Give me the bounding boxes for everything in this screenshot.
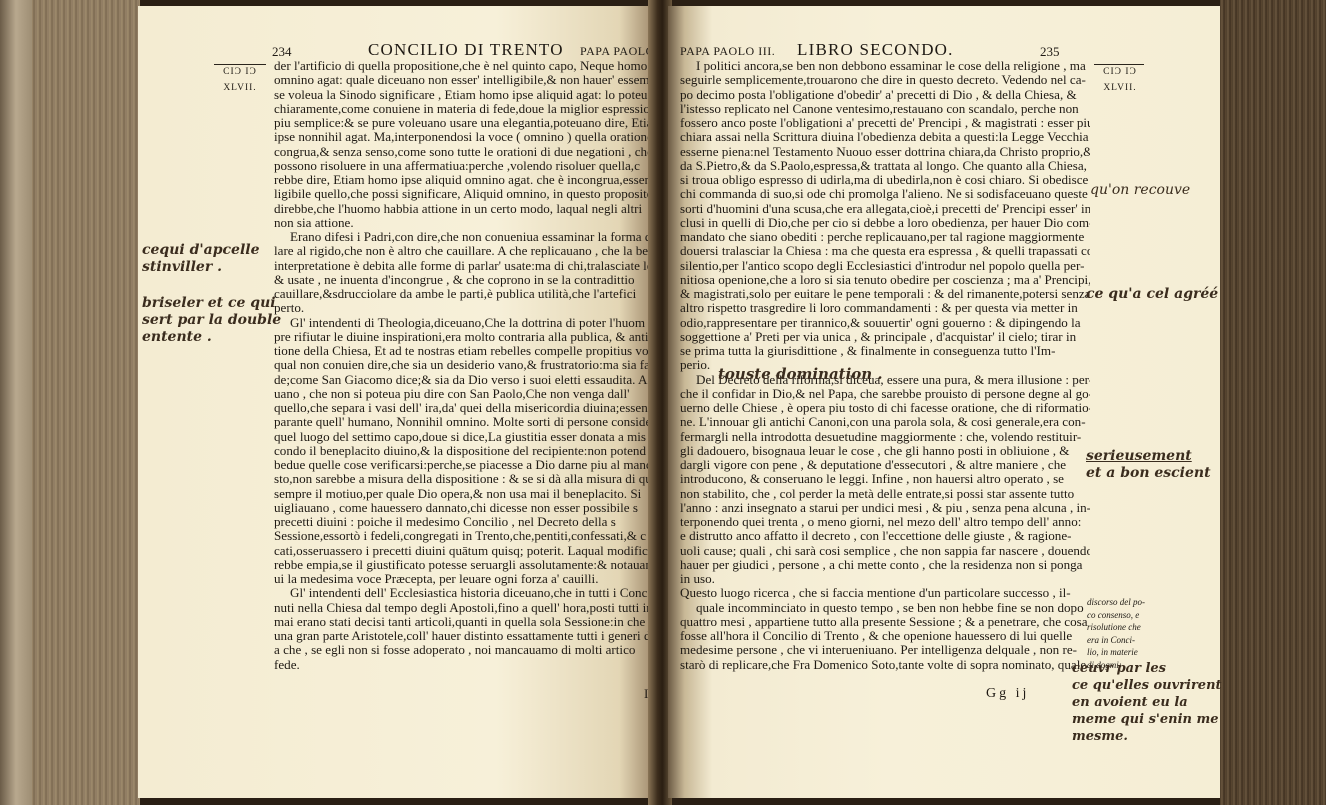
- text-line: e distrutto anco affatto il decreto , co…: [680, 529, 1090, 543]
- text-line: chi commanda di suo,si ode chi promolga …: [680, 187, 1090, 201]
- text-line: cauillare,&sdrucciolare da ambe le parti…: [274, 287, 648, 301]
- text-line: possono risoluere in una affermatiua:per…: [274, 159, 648, 173]
- text-line: Sessione,essortò i fedeli,congregati in …: [274, 529, 648, 543]
- right-page-block-edge: [1220, 0, 1326, 805]
- text-line: terponendo quei trenta , o meno giorni, …: [680, 515, 1090, 529]
- year-note-right: CIƆ IƆ XLVII.: [1094, 64, 1146, 96]
- text-line: parante quell' humano, Nonnihil omnino. …: [274, 415, 648, 429]
- text-line: lare al rigido,che non è altro che cauil…: [274, 244, 648, 258]
- text-line: tione della Chiesa, Et ad te nostras eti…: [274, 344, 648, 358]
- page-number-right: 235: [1040, 44, 1060, 60]
- text-line: nitiosa openione,che a loro si sia tenut…: [680, 273, 1090, 287]
- text-line: l'anno : anzi insegnato a starui per und…: [680, 501, 1090, 515]
- handwritten-note-1: cequi d'apcelle stinviller .: [142, 242, 260, 276]
- text-line: congrua,& senza senso,come sono tutte le…: [274, 145, 648, 159]
- text-line: ui la medesima voce Præcepta, per leuare…: [274, 572, 648, 586]
- text-line: sempre il motiuo,per quale Dio opera,& n…: [274, 487, 648, 501]
- text-line: uano , che non si poteua piu dire con Sa…: [274, 387, 648, 401]
- text-line: uigliauano , come hauessero dannato,chi …: [274, 501, 648, 515]
- text-line: da S.Pietro,& da S.Paolo,espressa,& trat…: [680, 159, 1090, 173]
- text-line: quello,che separa i vasi dell' ira,da' q…: [274, 401, 648, 415]
- text-line: chiara assai nella Scrittura diuina l'ob…: [680, 130, 1090, 144]
- text-line: pre rifiutar le diuine inspirationi,era …: [274, 330, 648, 344]
- text-line: a che , se egli non si fosse adoperato ,…: [274, 643, 648, 657]
- text-line: & usate , ne inuenta d'incongrue , & che…: [274, 273, 648, 287]
- left-page-body-text: der l'artificio di quella propositione,c…: [274, 59, 648, 672]
- text-line: ne. L'innouar gli antichi Canoni,con una…: [680, 415, 1090, 429]
- year-note-left: CIƆ IƆ XLVII.: [214, 64, 266, 96]
- text-line: silentio,per l'antico scopo degli Eccles…: [680, 259, 1090, 273]
- text-line: che il confidar in Dio,& nel Papa, che s…: [680, 387, 1090, 401]
- text-line: starò di replicare,che Fra Domenico Soto…: [680, 658, 1090, 672]
- text-line: rebbe empia,se il giustificato potesse s…: [274, 558, 648, 572]
- text-line: bedue quelle cose verificarsi:perche,se …: [274, 458, 648, 472]
- text-line: cati,osseruassero i precetti diuini quāt…: [274, 544, 648, 558]
- text-line: fede.: [274, 658, 648, 672]
- text-line: non stabilito, che , col perder la metà …: [680, 487, 1090, 501]
- text-line: I politici ancora,se ben non debbono ess…: [680, 59, 1090, 73]
- text-line: Erano difesi i Padri,con dire,che non co…: [274, 230, 648, 244]
- text-line: omnino agat: quale diceuano non esser' i…: [274, 73, 648, 87]
- handwritten-note-2: briseler et ce qui sert par la double en…: [142, 295, 281, 346]
- text-line: condo il beneplacito diuino,& la disposi…: [274, 444, 648, 458]
- text-line: quattro mesi , appartiene tutto alla pre…: [680, 615, 1090, 629]
- text-line: se prima tutta la giurisdittione , & fin…: [680, 344, 1090, 358]
- text-line: po decimo posta l'obligatione d'obedir' …: [680, 88, 1090, 102]
- text-line: mai erano stati decisi tanti articoli,qu…: [274, 615, 648, 629]
- text-line: dargli vigore con pene , & deputatione d…: [680, 458, 1090, 472]
- text-line: sorti d'huomini d'una scusa,che era alle…: [680, 202, 1090, 216]
- left-page-block-edge: [0, 0, 140, 805]
- handwritten-note-serieusement: serieusement et a bon escient: [1086, 448, 1211, 482]
- running-head-left: CONCILIO DI TRENTO PAPA PAOLO: [368, 40, 655, 60]
- handwritten-note-recouve: qu'on recouve: [1090, 182, 1190, 199]
- text-line: si troua obligo espresso di udirla,ma di…: [680, 173, 1090, 187]
- text-line: nuti nella Chiesa dal tempo degli Aposto…: [274, 601, 648, 615]
- text-line: douersi tralasciar la Chiesa : ma che qu…: [680, 244, 1090, 258]
- text-line: se voleua la Sinodo significare , Etiam …: [274, 88, 648, 102]
- text-line: de;come San Giacomo dice;& sia da Dio ve…: [274, 373, 648, 387]
- left-cover-edge: [0, 0, 32, 805]
- page-number-left: 234: [272, 44, 292, 60]
- text-line: soggettione a' Preti per via unica , & p…: [680, 330, 1090, 344]
- text-line: seguirle semplicemente,trouarono che dir…: [680, 73, 1090, 87]
- text-line: non sia attione.: [274, 216, 648, 230]
- signature-mark: Gg ij: [986, 686, 1029, 702]
- text-line: medesime persone , che vi interueniuano.…: [680, 643, 1090, 657]
- text-line: altro rispetto trasgredire li loro comma…: [680, 301, 1090, 315]
- text-line: quale incomminciato in questo tempo , se…: [680, 601, 1090, 615]
- text-line: chiaramente,come conuiene in materia di …: [274, 102, 648, 116]
- text-line: perto.: [274, 301, 648, 315]
- text-line: gli dadouero, bisognaua leuar le cose , …: [680, 444, 1090, 458]
- handwritten-note-agree: ce qu'a cel agréé: [1086, 286, 1218, 303]
- running-head-right: PAPA PAOLO III. LIBRO SECONDO.: [680, 40, 954, 60]
- handwritten-note-bottom: ceuvr par les ce qu'elles ouvrirent en a…: [1072, 660, 1222, 745]
- text-line: in uso.: [680, 572, 1090, 586]
- text-line: interpretatione è debita alle forme di p…: [274, 259, 648, 273]
- text-line: qual non conuien dire,che sia un desider…: [274, 358, 648, 372]
- text-line: fossero anco poste l'obligationi a' prec…: [680, 116, 1090, 130]
- text-line: uerno delle Chiese , è opera piu tosto d…: [680, 401, 1090, 415]
- handwritten-note-domination: touste domination .: [718, 366, 883, 383]
- text-line: Gl' intendenti di Theologia,diceuano,Che…: [274, 316, 648, 330]
- text-line: mandato che siano obediti : perche repli…: [680, 230, 1090, 244]
- text-line: piu semplice:& se pure voleuano usare un…: [274, 116, 648, 130]
- text-line: Gl' intendenti dell' Ecclesiastica histo…: [274, 586, 648, 600]
- text-line: precetti diuini : poiche il medesimo Con…: [274, 515, 648, 529]
- text-line: der l'artificio di quella propositione,c…: [274, 59, 648, 73]
- text-line: quel luogo del settimo capo,doue si dice…: [274, 430, 648, 444]
- text-line: sto,non sarebbe a misura della dispositi…: [274, 472, 648, 486]
- text-line: l'istesso replicato nel Canone ventesimo…: [680, 102, 1090, 116]
- text-line: Questo luogo ricerca , che si faccia men…: [680, 586, 1090, 600]
- text-line: clusi in quelli di Dio,che per cio si de…: [680, 216, 1090, 230]
- text-line: ligibile quello,che possi significare, A…: [274, 187, 648, 201]
- text-line: uoli cause; quali , chi sarà cosi sempli…: [680, 544, 1090, 558]
- text-line: fermargli nella introdotta desuetudine m…: [680, 430, 1090, 444]
- text-line: una gran parte Aristotele,coll' hauer di…: [274, 629, 648, 643]
- text-line: & magistrati,solo per euitare le pene te…: [680, 287, 1090, 301]
- text-line: ipse nonnihil agat. Ma,interponendosi la…: [274, 130, 648, 144]
- text-line: direbbe,che l'huomo habbia attione in un…: [274, 202, 648, 216]
- text-line: fosse all'hora il Concilio di Trento , &…: [680, 629, 1090, 643]
- text-line: odio,rappresentare per tirannico,& souue…: [680, 316, 1090, 330]
- text-line: rebbe dire, Etiam homo ipse aliquid omni…: [274, 173, 648, 187]
- text-line: esserne piena:nel Testamento Nuouo esser…: [680, 145, 1090, 159]
- text-line: introducono, & conseruano le leggi. Infi…: [680, 472, 1090, 486]
- text-line: hauer per giudici , persone , a chi mett…: [680, 558, 1090, 572]
